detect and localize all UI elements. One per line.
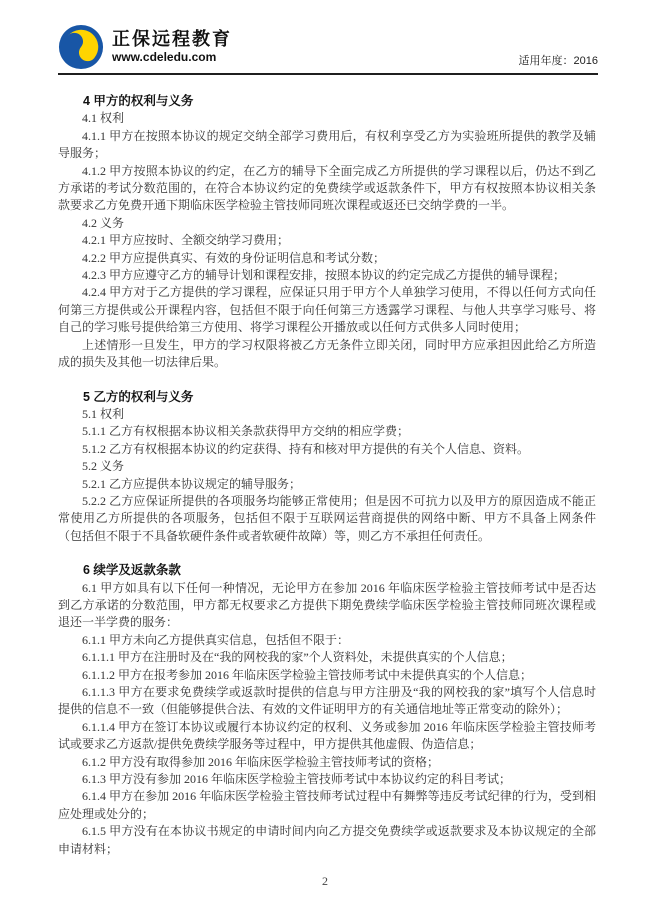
- contract-paragraph: 6.1.1.4 甲方在签订本协议或履行本协议约定的权利、义务或参加 2016 年…: [58, 719, 596, 754]
- section-heading: 4 甲方的权利与义务: [58, 93, 596, 110]
- brand-text: 正保远程教育 www.cdeledu.com: [112, 29, 232, 64]
- brand-website: www.cdeledu.com: [112, 50, 232, 64]
- contract-paragraph: 上述情形一旦发生，甲方的学习权限将被乙方无条件立即关闭，同时甲方应承担因此给乙方…: [58, 337, 596, 372]
- brand-name: 正保远程教育: [112, 29, 232, 50]
- brand-block: 正保远程教育 www.cdeledu.com: [58, 24, 232, 70]
- contract-paragraph: 4.2.3 甲方应遵守乙方的辅导计划和课程安排，按照本协议的约定完成乙方提供的辅…: [58, 267, 596, 284]
- contract-section: 4 甲方的权利与义务4.1 权利4.1.1 甲方在按照本协议的规定交纳全部学习费…: [58, 93, 596, 372]
- contract-paragraph: 6.1.3 甲方没有参加 2016 年临床医学检验主管技师考试中本协议约定的科目…: [58, 771, 596, 788]
- contract-paragraph: 6.1.5 甲方没有在本协议书规定的申请时间内向乙方提交免费续学或返款要求及本协…: [58, 823, 596, 858]
- contract-paragraph: 5.2.2 乙方应保证所提供的各项服务均能够正常使用；但是因不可抗力以及甲方的原…: [58, 493, 596, 545]
- contract-paragraph: 4.2.4 甲方对于乙方提供的学习课程，应保证只用于甲方个人单独学习使用，不得以…: [58, 284, 596, 336]
- contract-section: 5 乙方的权利与义务5.1 权利5.1.1 乙方有权根据本协议相关条款获得甲方交…: [58, 389, 596, 546]
- contract-section: 6 续学及返款条款6.1 甲方如具有以下任何一种情况，无论甲方在参加 2016 …: [58, 562, 596, 858]
- contract-paragraph: 6.1 甲方如具有以下任何一种情况，无论甲方在参加 2016 年临床医学检验主管…: [58, 580, 596, 632]
- contract-paragraph: 4.2.1 甲方应按时、全额交纳学习费用；: [58, 232, 596, 249]
- contract-paragraph: 5.2 义务: [58, 458, 596, 475]
- page-number: 2: [0, 874, 650, 889]
- contract-paragraph: 4.2.2 甲方应提供真实、有效的身份证明信息和考试分数；: [58, 250, 596, 267]
- document-body: 4 甲方的权利与义务4.1 权利4.1.1 甲方在按照本协议的规定交纳全部学习费…: [58, 77, 596, 858]
- applicable-year-label: 适用年度：2016: [519, 52, 598, 70]
- contract-paragraph: 4.1.2 甲方按照本协议的约定，在乙方的辅导下全面完成乙方所提供的学习课程以后…: [58, 163, 596, 215]
- contract-paragraph: 6.1.1 甲方未向乙方提供真实信息，包括但不限于：: [58, 632, 596, 649]
- contract-paragraph: 6.1.1.2 甲方在报考参加 2016 年临床医学检验主管技师考试中未提供真实…: [58, 667, 596, 684]
- contract-page: 正保远程教育 www.cdeledu.com 适用年度：2016 4 甲方的权利…: [0, 0, 650, 919]
- contract-paragraph: 5.2.1 乙方应提供本协议规定的辅导服务；: [58, 476, 596, 493]
- contract-paragraph: 5.1.2 乙方有权根据本协议的约定获得、持有和核对甲方提供的有关个人信息、资料…: [58, 441, 596, 458]
- section-heading: 5 乙方的权利与义务: [58, 389, 596, 406]
- contract-paragraph: 6.1.2 甲方没有取得参加 2016 年临床医学检验主管技师考试的资格；: [58, 754, 596, 771]
- brand-logo-icon: [58, 24, 104, 70]
- contract-paragraph: 5.1.1 乙方有权根据本协议相关条款获得甲方交纳的相应学费；: [58, 423, 596, 440]
- contract-paragraph: 6.1.1.1 甲方在注册时及在“我的网校我的家”个人资料处，未提供真实的个人信…: [58, 649, 596, 666]
- contract-paragraph: 5.1 权利: [58, 406, 596, 423]
- contract-paragraph: 6.1.4 甲方在参加 2016 年临床医学检验主管技师考试过程中有舞弊等违反考…: [58, 788, 596, 823]
- page-header: 正保远程教育 www.cdeledu.com 适用年度：2016: [58, 24, 598, 75]
- contract-paragraph: 4.1 权利: [58, 110, 596, 127]
- contract-paragraph: 4.1.1 甲方在按照本协议的规定交纳全部学习费用后，有权利享受乙方为实验班所提…: [58, 128, 596, 163]
- section-heading: 6 续学及返款条款: [58, 562, 596, 579]
- contract-paragraph: 6.1.1.3 甲方在要求免费续学或返款时提供的信息与甲方注册及“我的网校我的家…: [58, 684, 596, 719]
- contract-paragraph: 4.2 义务: [58, 215, 596, 232]
